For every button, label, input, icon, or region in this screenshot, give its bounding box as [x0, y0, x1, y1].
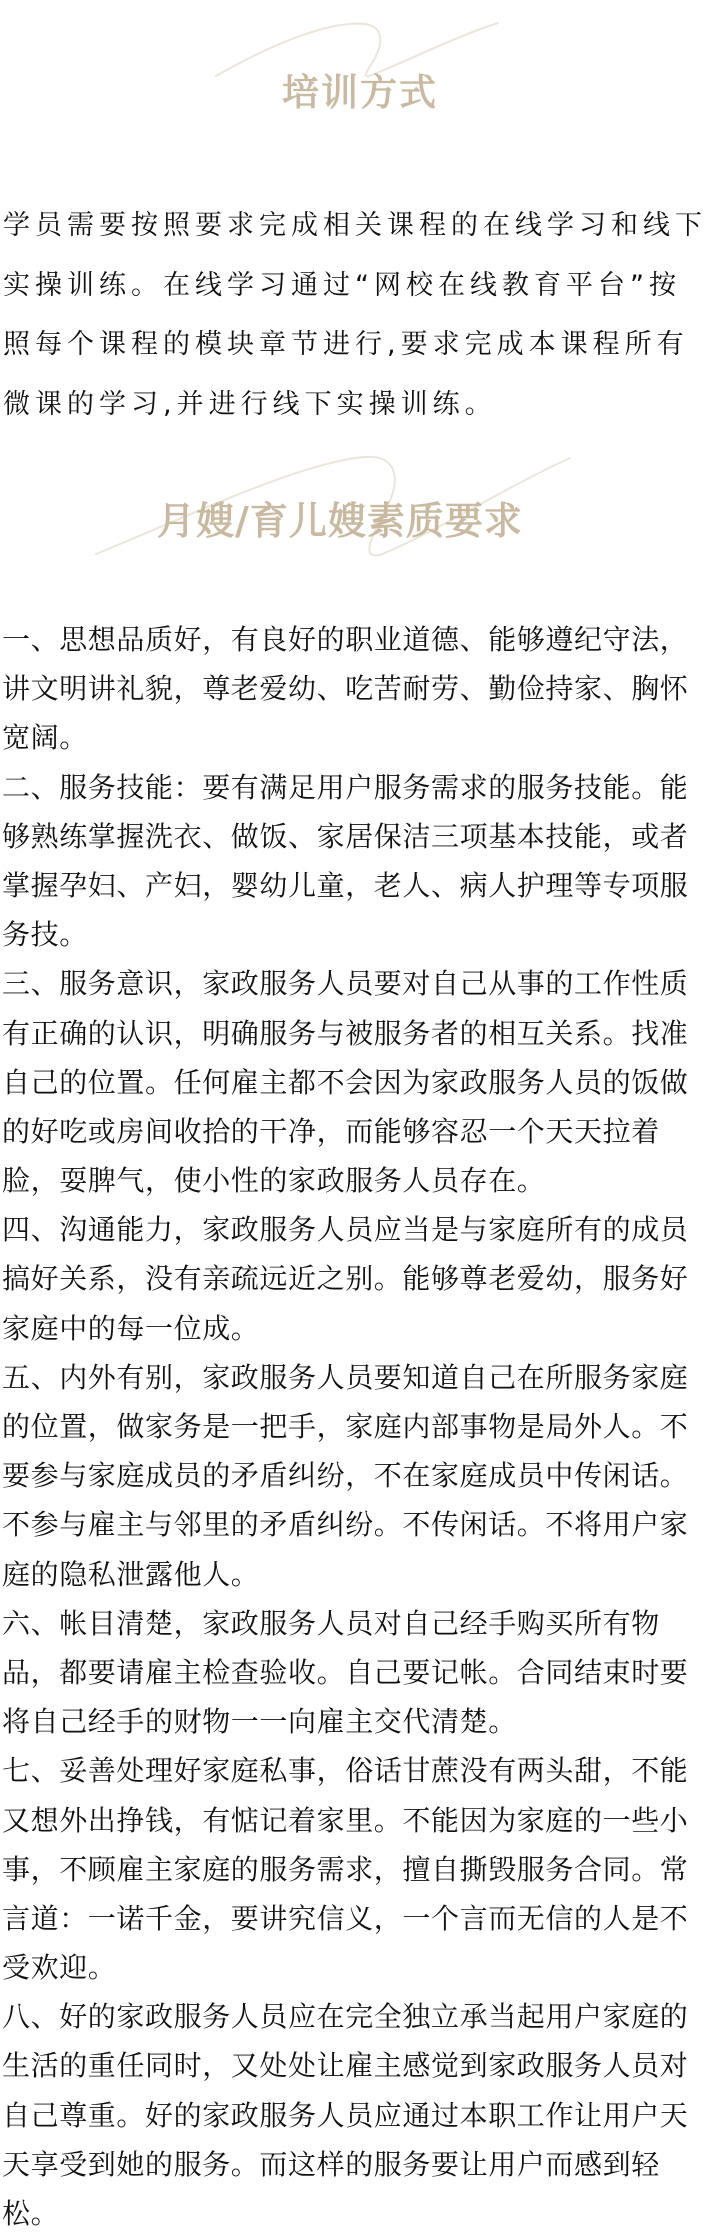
requirement-line: 六、帐目清楚，家政服务人员对自己经手购买所有物	[2, 1599, 720, 1648]
requirement-line: 受欢迎。	[2, 1943, 720, 1992]
paragraph-line: 实操训练。在线学习通过“网校在线教育平台”按	[3, 256, 719, 316]
requirement-line: 的位置，做家务是一把手，家庭内部事物是局外人。不	[2, 1402, 720, 1451]
training-method-paragraph: 学员需要按照要求完成相关课程的在线学习和线下 实操训练。在线学习通过“网校在线教…	[3, 196, 719, 434]
swirl-line-section1	[216, 23, 498, 76]
paragraph-line: 微课的学习,并进行线下实操训练。	[3, 375, 719, 435]
requirement-line: 二、服务技能：要有满足用户服务需求的服务技能。能	[2, 763, 720, 812]
quality-requirements-list: 一、思想品质好，有良好的职业道德、能够遵纪守法， 讲文明讲礼貌，尊老爱幼、吃苦耐…	[2, 615, 720, 2236]
requirement-line: 生活的重任同时，又处处让雇主感觉到家政服务人员对	[2, 2041, 720, 2090]
requirement-line: 一、思想品质好，有良好的职业道德、能够遵纪守法，	[2, 615, 720, 664]
requirement-line: 掌握孕妇、产妇，婴幼儿童，老人、病人护理等专项服	[2, 861, 720, 910]
requirement-line: 松。	[2, 2189, 720, 2236]
requirement-line: 不参与雇主与邻里的矛盾纠纷。不传闲话。不将用户家	[2, 1500, 720, 1549]
requirement-line: 又想外出挣钱，有惦记着家里。不能因为家庭的一些小	[2, 1796, 720, 1845]
requirement-line: 家庭中的每一位成。	[2, 1304, 720, 1353]
requirement-line: 够熟练掌握洗衣、做饭、家居保洁三项基本技能，或者	[2, 812, 720, 861]
requirement-line: 宽阔。	[2, 713, 720, 762]
requirement-line: 将自己经手的财物一一向雇主交代清楚。	[2, 1697, 720, 1746]
requirement-line: 五、内外有别，家政服务人员要知道自己在所服务家庭	[2, 1353, 720, 1402]
section-title-quality-requirements: 月嫂/育儿嫂素质要求	[0, 497, 700, 545]
paragraph-line: 照每个课程的模块章节进行,要求完成本课程所有	[3, 315, 719, 375]
requirement-line: 四、沟通能力，家政服务人员应当是与家庭所有的成员	[2, 1205, 720, 1254]
requirement-line: 脸，耍脾气，使小性的家政服务人员存在。	[2, 1156, 720, 1205]
requirement-line: 三、服务意识，家政服务人员要对自己从事的工作性质	[2, 959, 720, 1008]
requirement-line: 有正确的认识，明确服务与被服务者的相互关系。找准	[2, 1009, 720, 1058]
requirement-line: 八、好的家政服务人员应在完全独立承当起用户家庭的	[2, 1992, 720, 2041]
requirement-line: 品，都要请雇主检查验收。自己要记帐。合同结束时要	[2, 1648, 720, 1697]
requirement-line: 七、妥善处理好家庭私事，俗话甘蔗没有两头甜，不能	[2, 1746, 720, 1795]
requirement-line: 言道：一诺千金，要讲究信义，一个言而无信的人是不	[2, 1894, 720, 1943]
requirement-line: 的好吃或房间收拾的干净，而能够容忍一个天天拉着	[2, 1107, 720, 1156]
paragraph-line: 学员需要按照要求完成相关课程的在线学习和线下	[3, 196, 719, 256]
requirement-line: 讲文明讲礼貌，尊老爱幼、吃苦耐劳、勤俭持家、胸怀	[2, 664, 720, 713]
requirement-line: 要参与家庭成员的矛盾纠纷，不在家庭成员中传闲话。	[2, 1451, 720, 1500]
requirement-line: 自己的位置。任何雇主都不会因为家政服务人员的饭做	[2, 1058, 720, 1107]
requirement-line: 搞好关系，没有亲疏远近之别。能够尊老爱幼，服务好	[2, 1254, 720, 1303]
requirement-line: 自己尊重。好的家政服务人员应通过本职工作让用户天	[2, 2091, 720, 2140]
requirement-line: 事，不顾雇主家庭的服务需求，擅自撕毁服务合同。常	[2, 1845, 720, 1894]
requirement-line: 务技。	[2, 910, 720, 959]
requirement-line: 天享受到她的服务。而这样的服务要让用户而感到轻	[2, 2140, 720, 2189]
requirement-line: 庭的隐私泄露他人。	[2, 1550, 720, 1599]
section-title-training-method: 培训方式	[0, 70, 720, 116]
